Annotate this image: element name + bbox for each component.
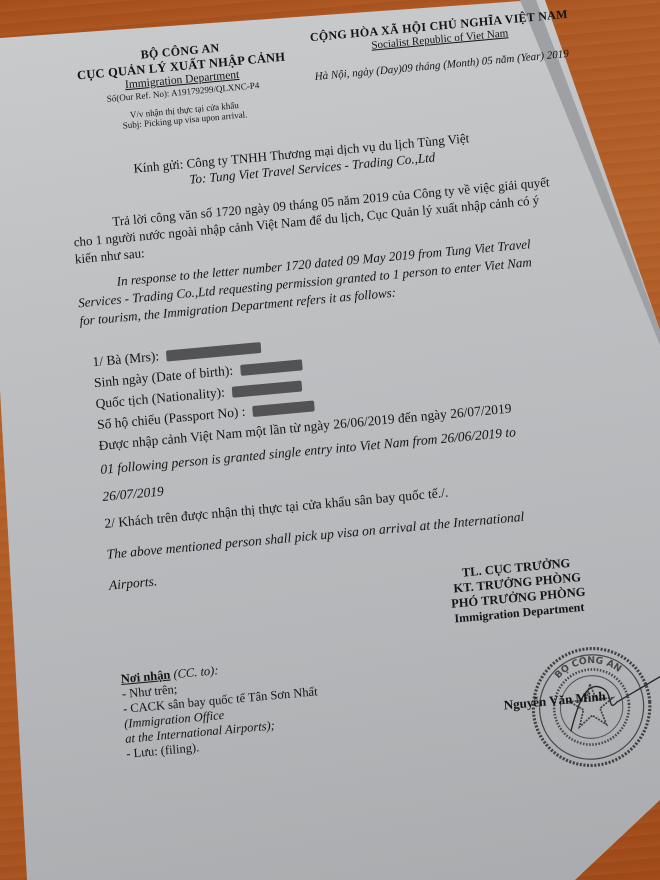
handwritten-signature: [553, 603, 660, 743]
cc-heading-en: (CC. to):: [170, 663, 219, 681]
redacted-value: [252, 401, 315, 418]
cc-list: Nơi nhận (CC. to): - Như trên; - CACK sâ…: [120, 654, 321, 761]
recipient-label: Kính gửi:: [133, 156, 184, 175]
signature-block: TL. CỤC TRƯỞNG KT. TRƯỞNG PHÒNG PHÓ TRƯỞ…: [448, 555, 587, 627]
redacted-value: [240, 360, 303, 377]
